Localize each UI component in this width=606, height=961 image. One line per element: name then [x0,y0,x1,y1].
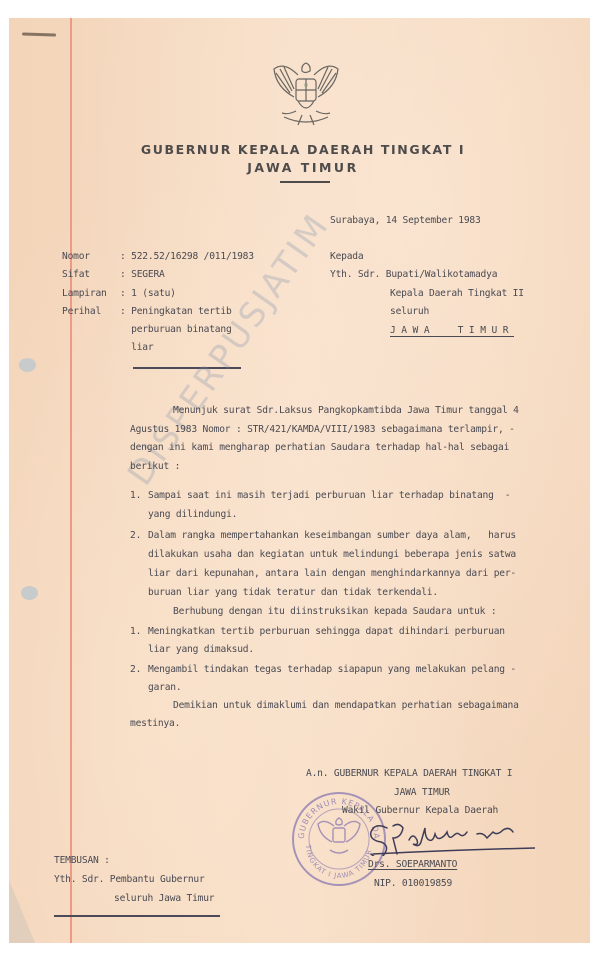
letterhead-title: GUBERNUR KEPALA DAERAH TINGKAT I [0,142,606,157]
garuda-emblem-icon [268,55,344,135]
punch-hole [21,586,38,600]
handwritten-signature [365,818,535,856]
closing-line: Demikian untuk dimaklumi dan mendapatkan… [173,700,519,711]
perihal-line: liar [120,342,153,353]
signature-region: JAWA TIMUR [394,787,450,798]
body-intro-line: Agustus 1983 Nomor : STR/421/KAMDA/VIII/… [130,424,515,435]
point-b-line: Mengambil tindakan tegas terhadap siapap… [148,664,516,675]
point-a-number: 2. [130,530,141,541]
stamp-text-bottom: TINGKAT I JAWA TIMUR [304,843,374,880]
point-b-number: 1. [130,626,141,637]
point-a-line: dilakukan usaha dan kegiatan untuk melin… [148,549,516,560]
nomor-label: Nomor [62,251,90,262]
point-a-line: Dalam rangka mempertahankan keseimbangan… [148,530,516,541]
recipient-line: Yth. Sdr. Bupati/Walikotamadya [330,269,497,280]
recipient-line: seluruh [390,306,429,317]
lampiran-label: Lampiran [62,288,107,299]
nomor-value: : 522.52/16298 /011/1983 [120,251,254,262]
sifat-value: : SEGERA [120,269,165,280]
tembusan-label: TEMBUSAN : [54,855,110,866]
point-b-line: liar yang dimaksud. [148,644,254,655]
letterhead-rule [280,181,330,183]
recipient-region: JAWA TIMUR [390,325,514,336]
recipient-line: Kepala Daerah Tingkat II [390,288,524,299]
point-b-number: 2. [130,664,141,675]
punch-hole [19,358,36,372]
perihal-label: Perihal [62,306,101,317]
tembusan-rule [54,915,220,917]
kepada-label: Kepada [330,251,363,262]
body-intro-line: Menunjuk surat Sdr.Laksus Pangkopkamtibd… [173,405,519,416]
letterhead-region: JAWA TIMUR [0,160,606,175]
svg-text:TINGKAT I JAWA TIMUR: TINGKAT I JAWA TIMUR [304,843,374,880]
point-b-line: Meningkatkan tertib perburuan sehingga d… [148,626,505,637]
tembusan-line: Yth. Sdr. Pembantu Gubernur [54,874,205,885]
body-intro-line: dengan ini kami mengharap perhatian Saud… [130,442,509,453]
point-a-line: liar dari kepunahan, antara lain dengan … [148,568,516,579]
perihal-line: : Peningkatan tertib [120,306,232,317]
closing-line: mestinya. [130,718,180,729]
point-b-line: garan. [148,682,181,693]
signature-on-behalf: A.n. GUBERNUR KEPALA DAERAH TINGKAT I [306,768,512,779]
point-a-line: Sampai saat ini masih terjadi perburuan … [148,490,510,501]
sifat-label: Sifat [62,269,90,280]
point-a-line: yang dilindungi. [148,509,237,520]
point-a-line: buruan liar yang tidak teratur dan tidak… [148,587,438,598]
instruction-line: Berhubung dengan itu diinstruksikan kepa… [173,606,496,617]
signature-position: Wakil Gubernur Kepala Daerah [342,805,498,816]
body-intro-line: berikut : [130,461,180,472]
point-a-number: 1. [130,490,141,501]
signatory-name: Drs. SOEPARMANTO [368,859,457,870]
folded-corner [9,880,35,943]
signatory-nip: NIP. 010019859 [374,878,452,889]
place-date: Surabaya, 14 September 1983 [330,215,481,226]
lampiran-value: : 1 (satu) [120,288,176,299]
tembusan-line: seluruh Jawa Timur [114,893,214,904]
